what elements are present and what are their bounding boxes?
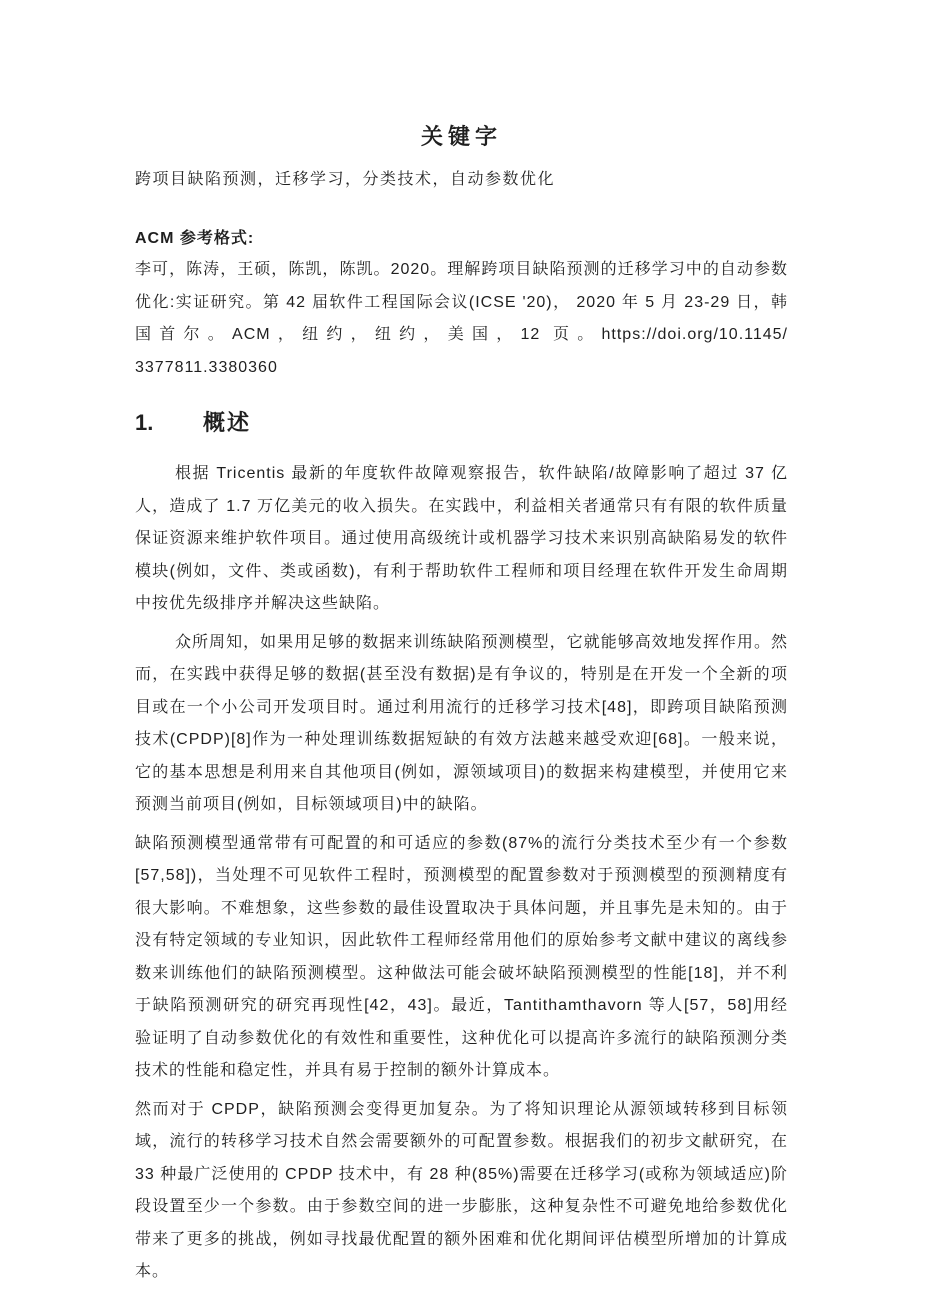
section-heading: 1. 概述: [135, 408, 788, 438]
body-paragraph-4: 然而对于 CPDP，缺陷预测会变得更加复杂。为了将知识理论从源领域转移到目标领域…: [135, 1094, 788, 1289]
keywords-heading: 关键字: [135, 122, 788, 152]
body-paragraph-1: 根据 Tricentis 最新的年度软件故障观察报告，软件缺陷/故障影响了超过 …: [135, 458, 788, 621]
body-paragraph-3: 缺陷预测模型通常带有可配置的和可适应的参数(87%的流行分类技术至少有一个参数[…: [135, 828, 788, 1088]
body-paragraph-2: 众所周知，如果用足够的数据来训练缺陷预测模型，它就能够高效地发挥作用。然而，在实…: [135, 627, 788, 822]
keywords-text: 跨项目缺陷预测，迁移学习，分类技术，自动参数优化: [135, 168, 788, 192]
acm-reference-label: ACM 参考格式:: [135, 224, 788, 254]
section-title: 概述: [203, 408, 251, 438]
section-number: 1.: [135, 408, 203, 438]
acm-reference-text: 李可，陈涛，王硕，陈凯，陈凯。2020。理解跨项目缺陷预测的迁移学习中的自动参数…: [135, 254, 788, 384]
document-page: 关键字 跨项目缺陷预测，迁移学习，分类技术，自动参数优化 ACM 参考格式: 李…: [0, 0, 926, 1309]
